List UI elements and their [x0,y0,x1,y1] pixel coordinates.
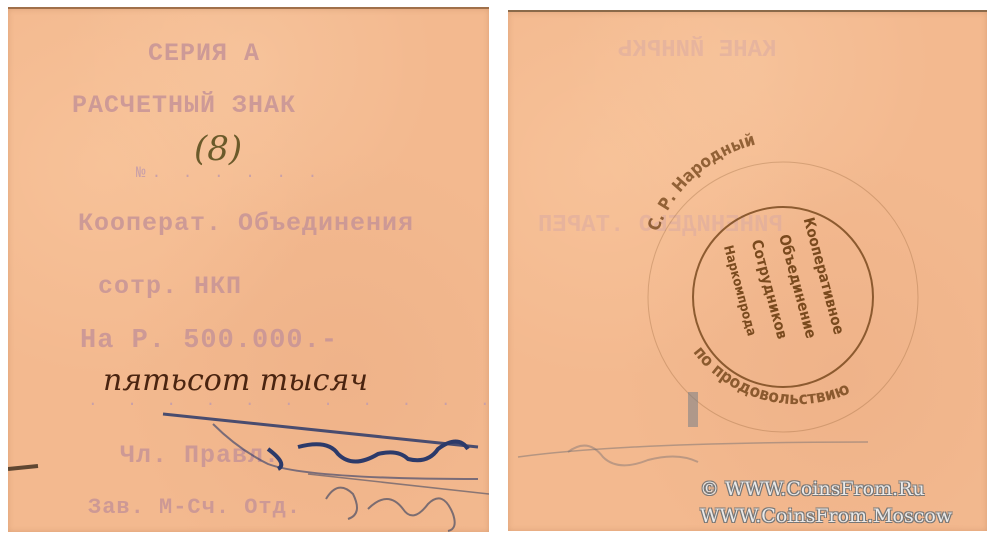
watermark-line-2: WWW.CoinsFrom.Moscow [700,505,952,527]
banknote-back: КАНЕ ЙИНРКЬ РИНЕНИДЕЬО .ТАРЕП С. Р. Наро… [508,10,987,531]
banknote-front: СЕРИЯ А РАСЧЕТНЫЙ ЗНАК (8) №. . . . . . … [8,7,489,532]
signatures [8,9,489,532]
stamp: С. Р. Народный по продовольствию Коопера… [508,12,987,531]
watermark-line-1: © WWW.CoinsFrom.Ru [700,478,925,500]
